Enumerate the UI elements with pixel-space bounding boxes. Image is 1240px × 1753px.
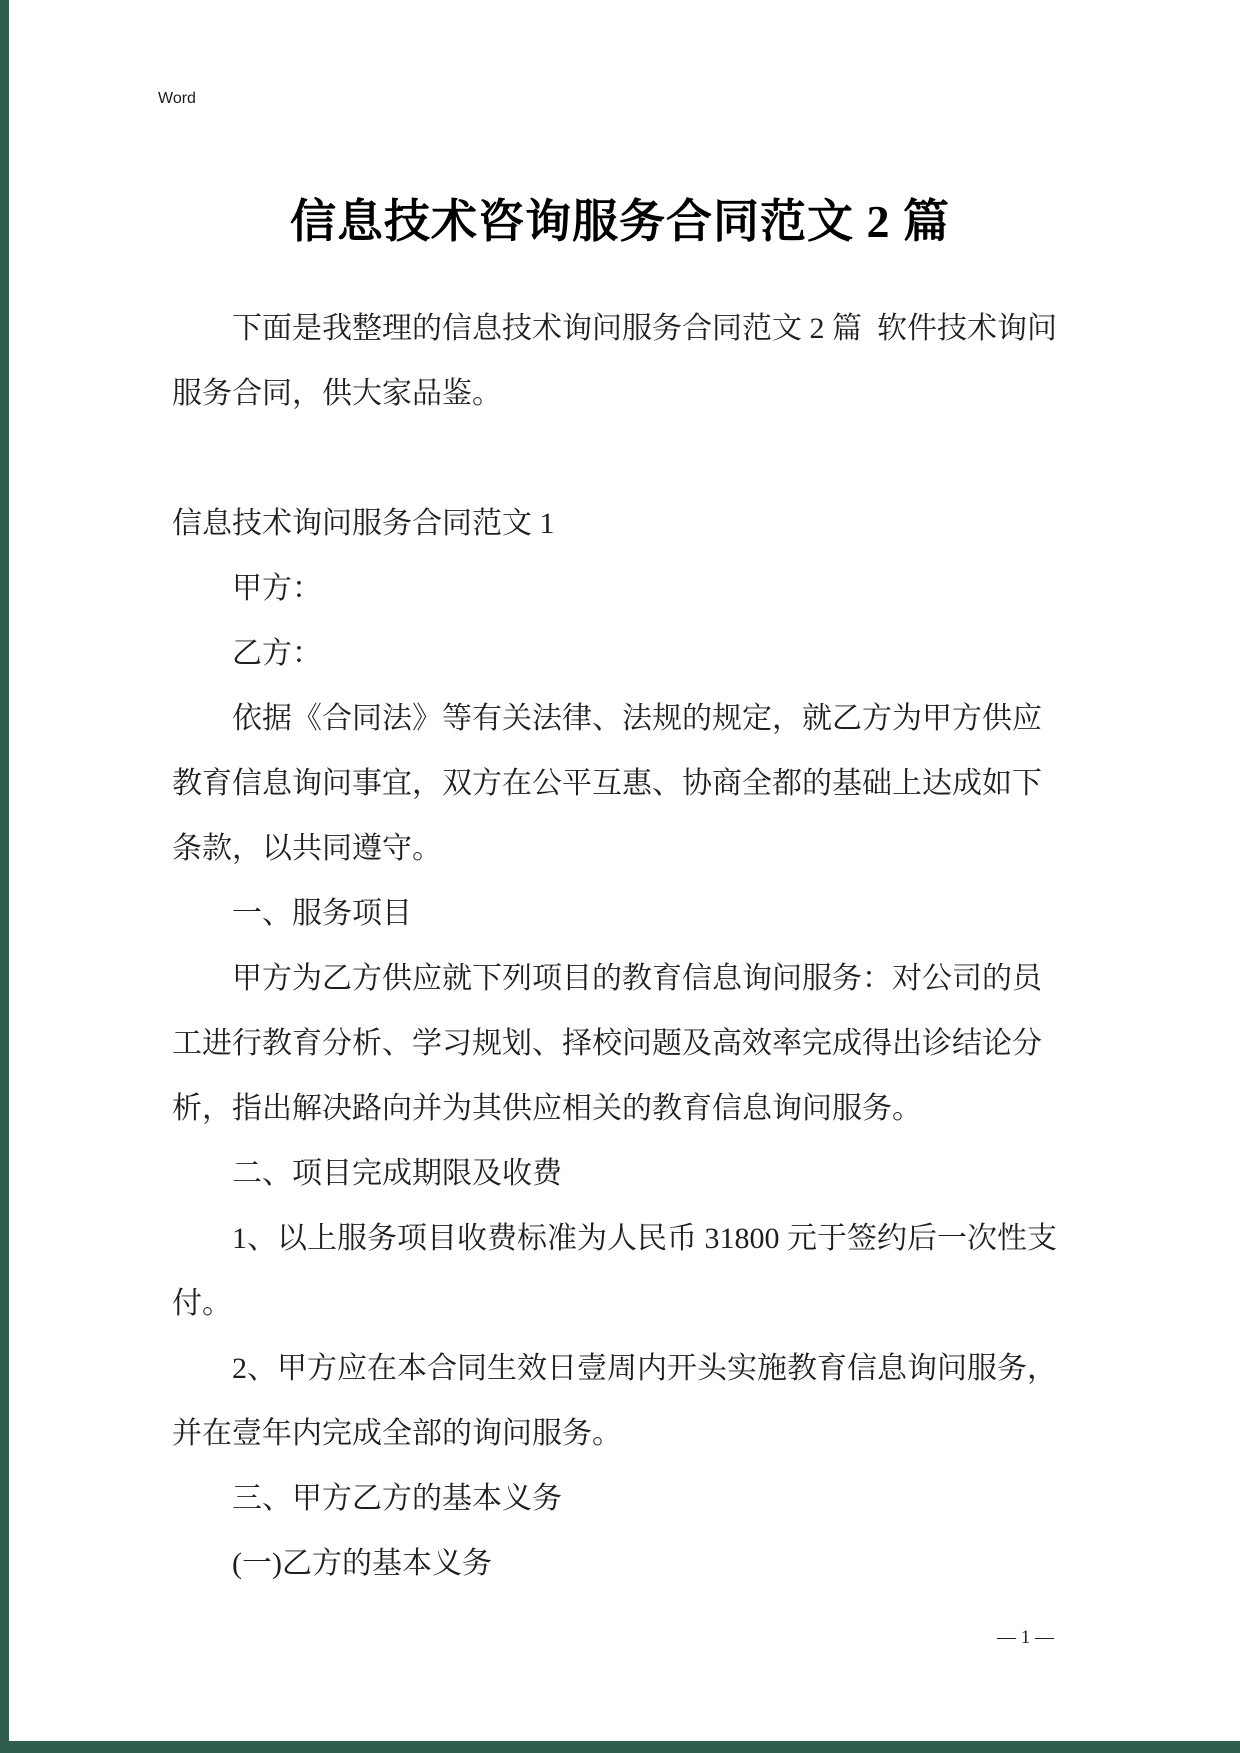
section-heading: 信息技术询问服务合同范文 1 [172,491,1072,556]
text-line: 甲方为乙方供应就下列项目的教育信息询问服务：对公司的员 [172,946,1072,1011]
clause-heading: 二、项目完成期限及收费 [172,1141,1072,1206]
text-line: 付。 [172,1271,1072,1336]
document-title: 信息技术咨询服务合同范文 2 篇 [170,192,1070,252]
page-number: — 1 — [997,1626,1054,1650]
page-border-bottom [0,1741,1240,1753]
text-line: 下面是我整理的信息技术询问服务合同范文 2 篇 软件技术询问 [172,296,1072,361]
text-line: 2、甲方应在本合同生效日壹周内开头实施教育信息询问服务， [172,1336,1072,1401]
page-border-left [0,0,9,1753]
clause-heading: (一)乙方的基本义务 [172,1531,1072,1596]
text-line: 条款，以共同遵守。 [172,816,1072,881]
text-line: 甲方： [172,556,1072,621]
text-line: 乙方： [172,621,1072,686]
text-line: 析，指出解决路向并为其供应相关的教育信息询问服务。 [172,1076,1072,1141]
text-line: 服务合同，供大家品鉴。 [172,361,1072,426]
document-body: 下面是我整理的信息技术询问服务合同范文 2 篇 软件技术询问 服务合同，供大家品… [172,296,1072,1596]
text-line: 依据《合同法》等有关法律、法规的规定，就乙方为甲方供应 [172,686,1072,751]
text-line: 教育信息询问事宜，双方在公平互惠、协商全都的基础上达成如下 [172,751,1072,816]
text-line: 并在壹年内完成全部的询问服务。 [172,1401,1072,1466]
document-page: Word 信息技术咨询服务合同范文 2 篇 下面是我整理的信息技术询问服务合同范… [0,0,1240,1753]
text-line: 工进行教育分析、学习规划、择校问题及高效率完成得出诊结论分 [172,1011,1072,1076]
clause-heading: 一、服务项目 [172,881,1072,946]
text-line: 1、以上服务项目收费标准为人民币 31800 元于签约后一次性支 [172,1206,1072,1271]
clause-heading: 三、甲方乙方的基本义务 [172,1466,1072,1531]
word-watermark-label: Word [158,90,196,108]
